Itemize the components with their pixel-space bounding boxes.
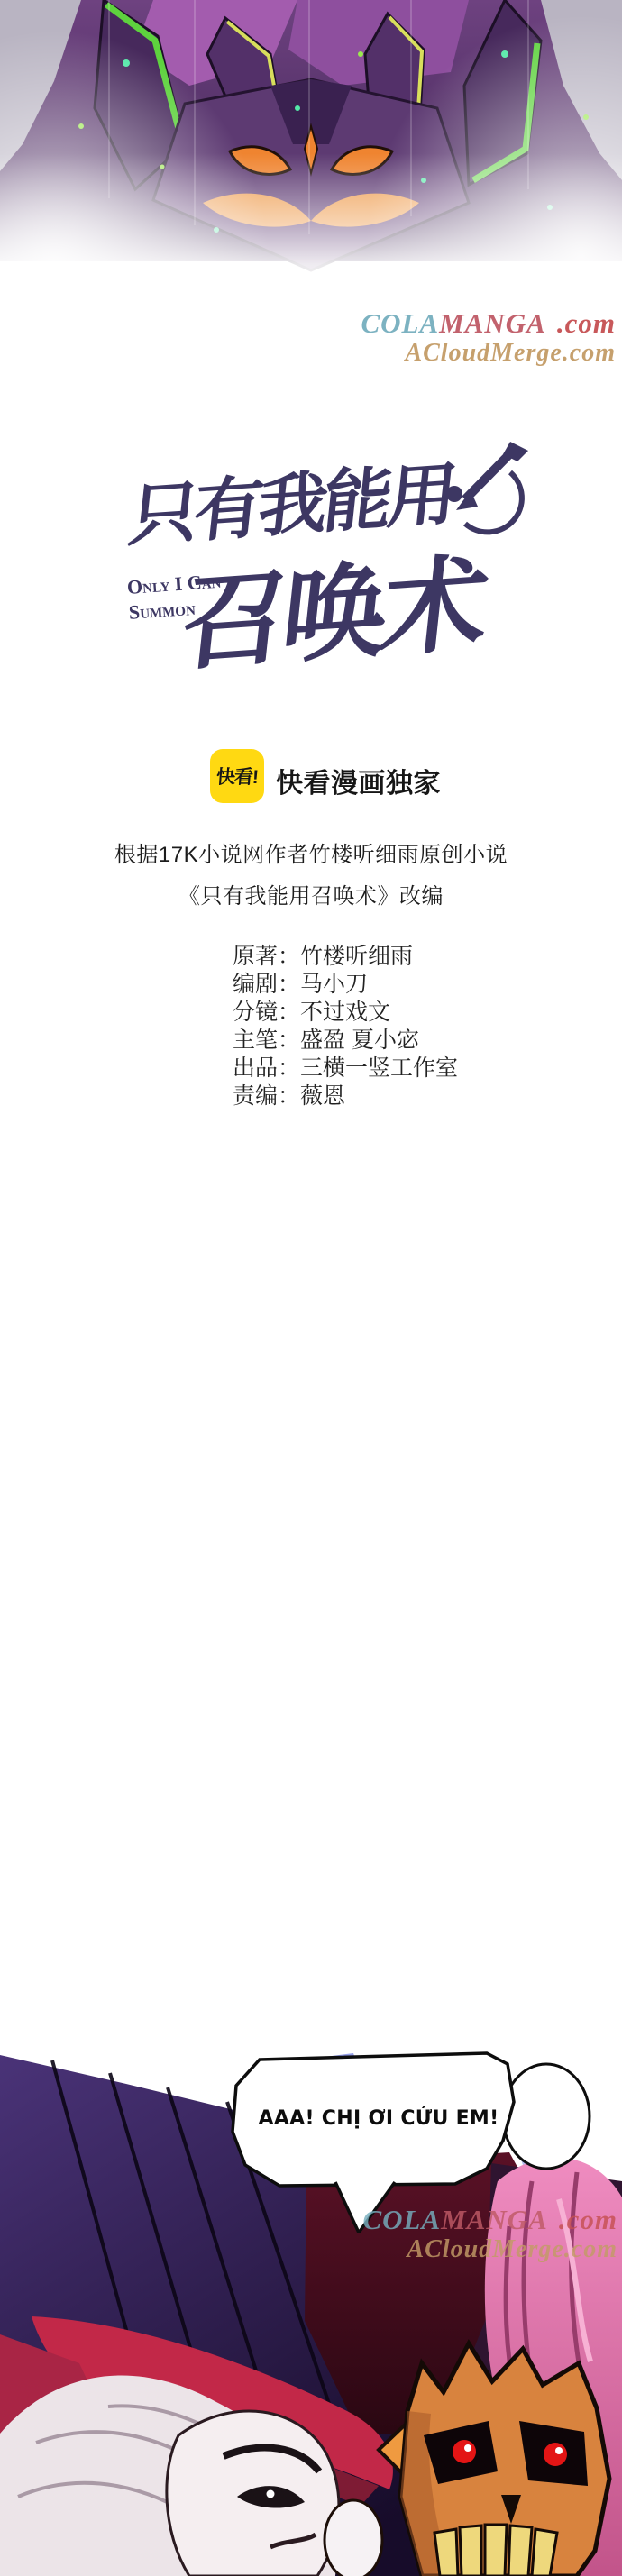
- credit-label: 出品：: [233, 1055, 300, 1081]
- adaptation-line2: 《只有我能用召唤术》改编: [0, 878, 622, 909]
- speech-bubble-text: AAA! CHỊ ƠI CỨU EM!: [257, 2107, 500, 2130]
- monster-art-shapes: [0, 0, 622, 302]
- top-artwork-monster: [0, 0, 622, 302]
- credit-row-artist: 主笔：盛盈 夏小宓: [233, 1027, 458, 1055]
- watermark-manga: MANGA: [439, 307, 546, 339]
- watermark-dotcom: .com: [557, 307, 616, 339]
- exclusive-label: 快看漫画独家: [276, 761, 441, 800]
- watermark-top: COLAMANGA.com ACloudMerge.com: [361, 308, 616, 368]
- watermark-site-line: COLAMANGA.com: [361, 308, 616, 338]
- credit-label: 编剧：: [233, 972, 300, 997]
- kuaikan-badge-text: 快看!: [215, 763, 259, 790]
- credits-list: 原著：竹楼听细雨 编剧：马小刀 分镜：不过戏文 主笔：盛盈 夏小宓 出品：三横一…: [233, 943, 458, 1110]
- credit-row-studio: 出品：三横一竖工作室: [233, 1055, 458, 1082]
- comic-page: COLAMANGA.com ACloudMerge.com 只有我能用 召唤术 …: [0, 0, 622, 2576]
- adaptation-line1: 根据17K小说网作者竹楼听细雨原创小说: [0, 836, 622, 868]
- kuaikan-badge: 快看!: [210, 749, 264, 803]
- watermark-cola: COLA: [361, 307, 439, 339]
- credit-label: 原著：: [233, 944, 300, 969]
- credit-label: 分镜：: [233, 1000, 300, 1025]
- credit-row-storyboard: 分镜：不过戏文: [233, 999, 458, 1027]
- dart-arrow-icon: [395, 438, 530, 542]
- credit-label: 主笔：: [233, 1028, 300, 1053]
- watermark-acloudmerge: ACloudMerge.com: [361, 338, 616, 368]
- credit-value: 竹楼听细雨: [300, 944, 413, 969]
- credit-value: 盛盈 夏小宓: [300, 1028, 419, 1053]
- credit-label: 责编：: [233, 1083, 300, 1109]
- credit-value: 不过戏文: [300, 1000, 390, 1025]
- credit-row-editor: 责编：薇恩: [233, 1082, 458, 1110]
- credit-value: 三横一竖工作室: [300, 1055, 458, 1081]
- credit-row-original: 原著：竹楼听细雨: [233, 943, 458, 971]
- credit-row-script: 编剧：马小刀: [233, 971, 458, 999]
- credit-value: 马小刀: [300, 972, 368, 997]
- title-logo-english: Only I Can Summon: [126, 569, 224, 626]
- credit-value: 薇恩: [300, 1083, 345, 1109]
